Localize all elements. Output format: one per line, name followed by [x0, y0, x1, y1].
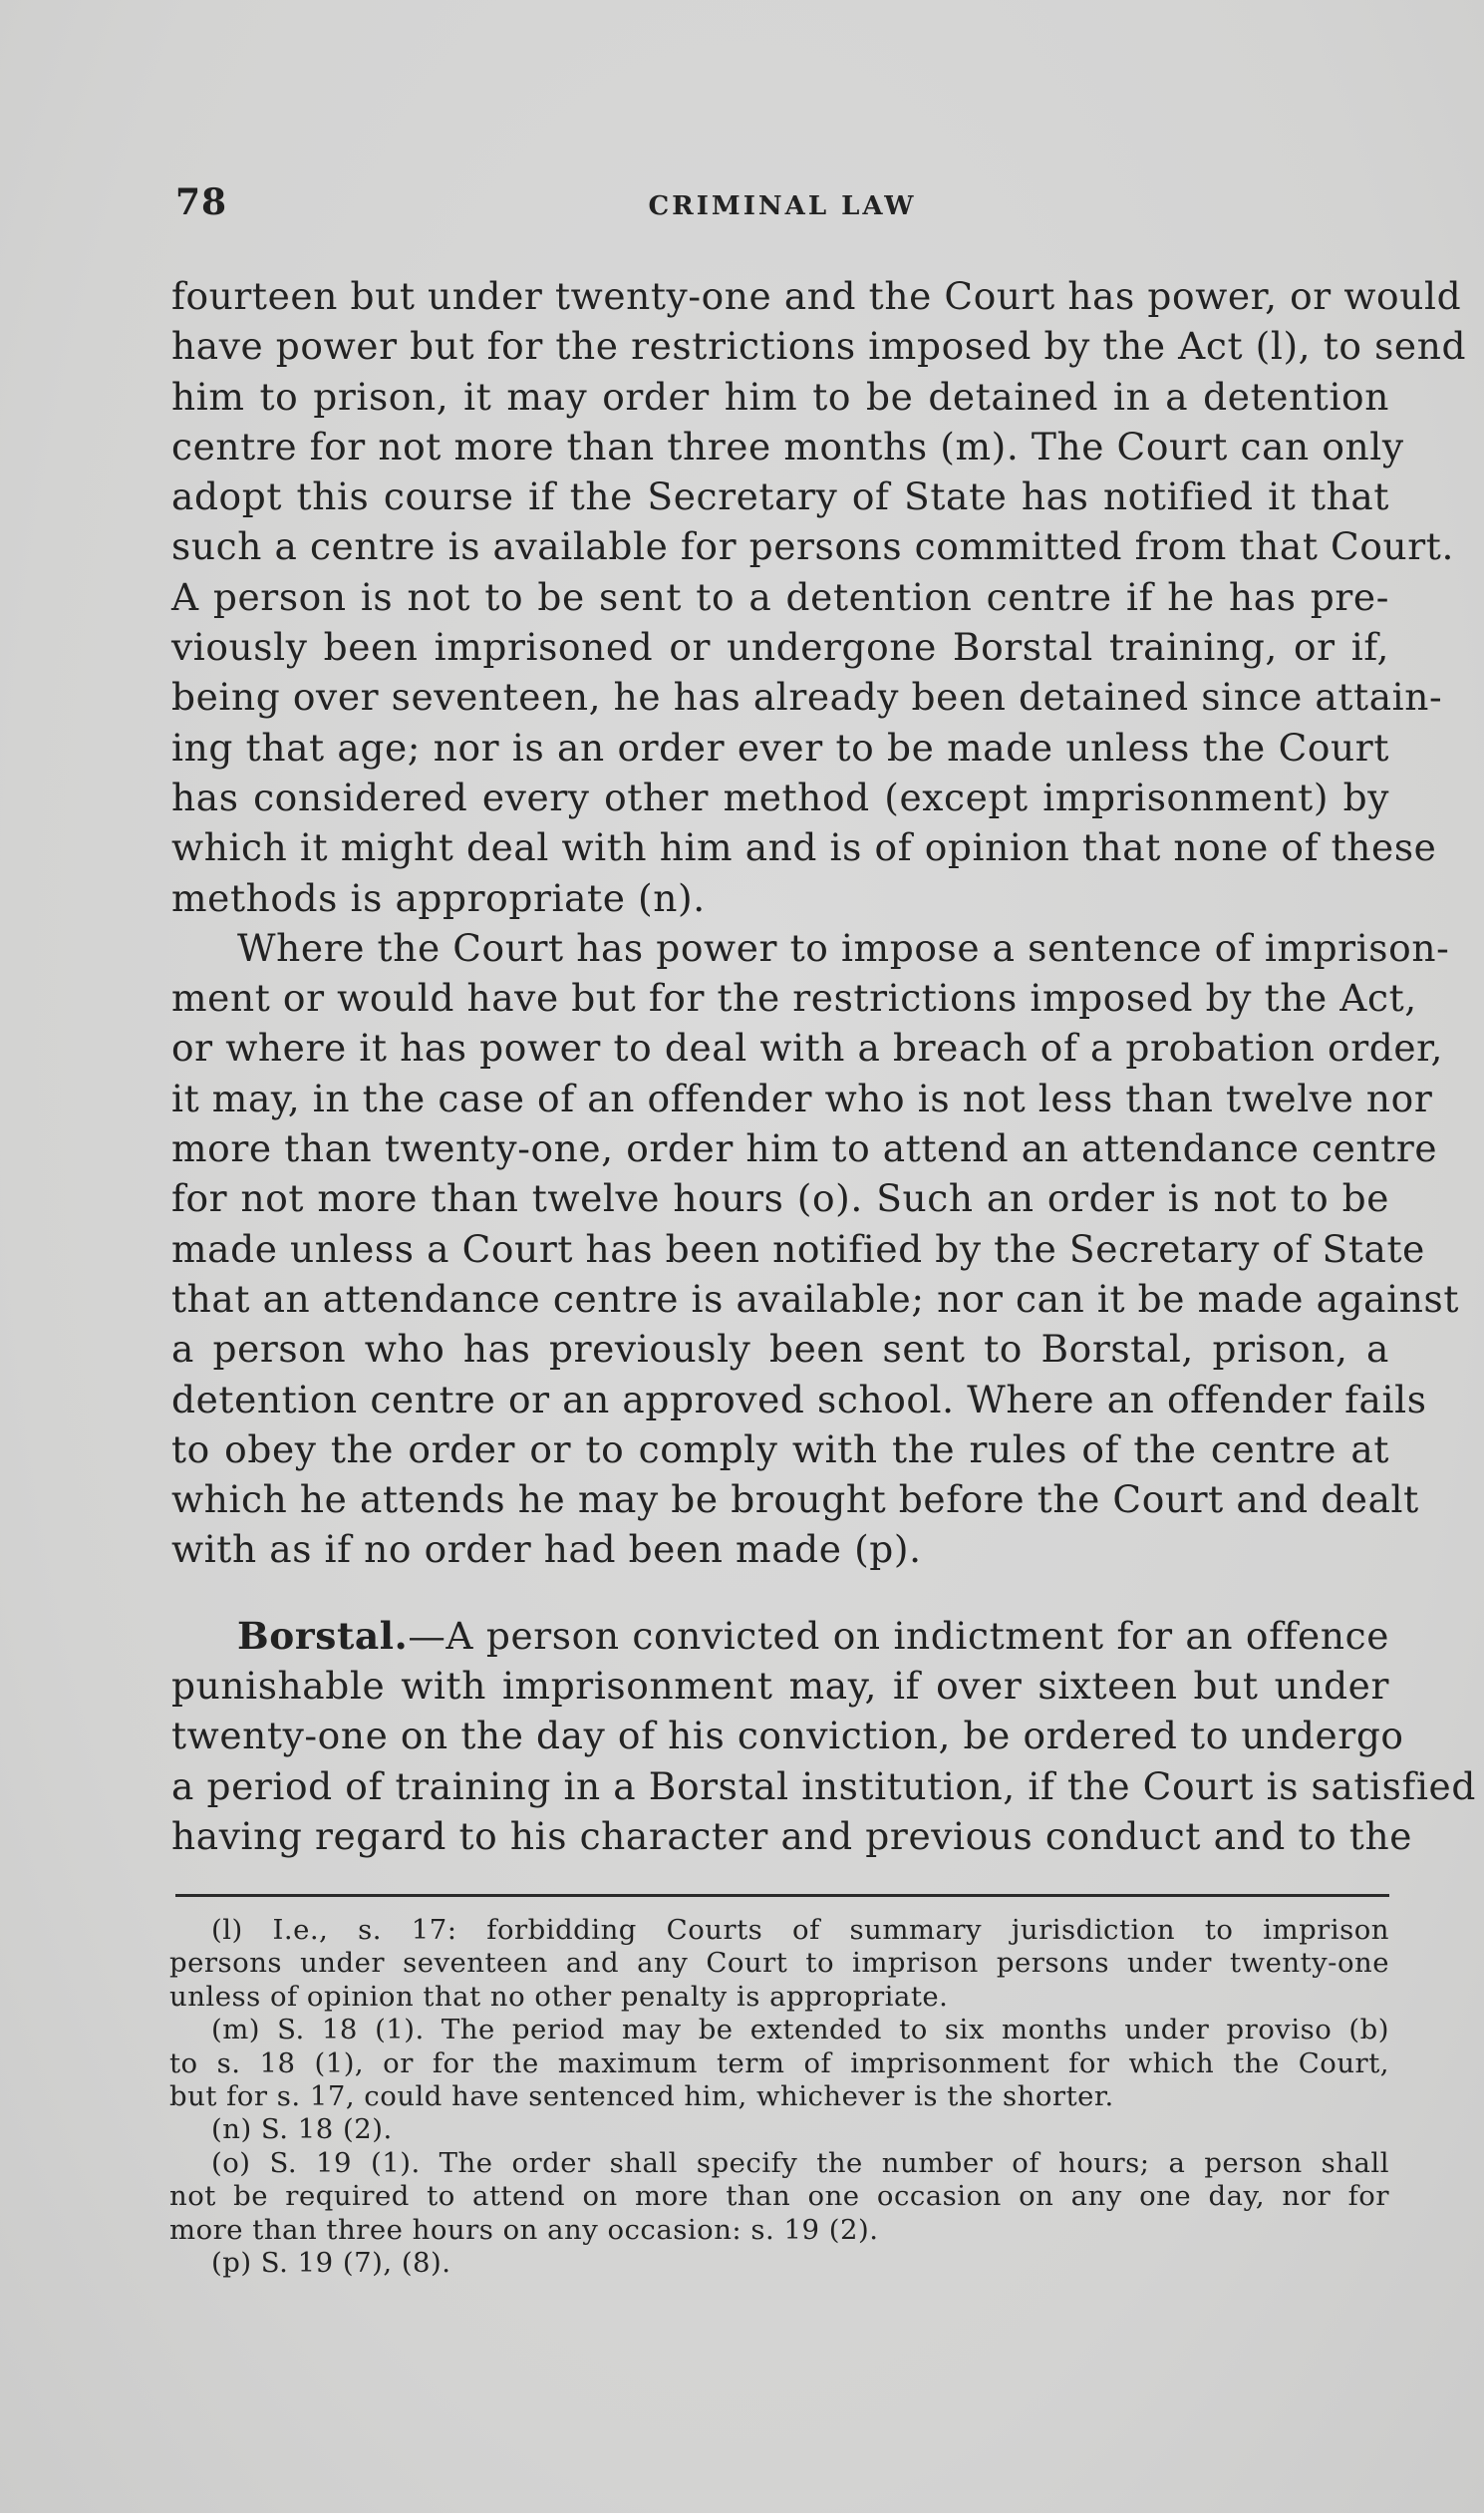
text-line: that an attendance centre is available; … [171, 1274, 1389, 1324]
text-line: to obey the order or to comply with the … [171, 1424, 1389, 1474]
text-line: Where the Court has power to impose a se… [171, 923, 1389, 973]
section-heading-borstal: Borstal. [237, 1614, 408, 1658]
paragraph-attendance-centre: Where the Court has power to impose a se… [171, 923, 1389, 1575]
footnote-line: not be required to attend on more than o… [169, 2180, 1389, 2213]
paragraph-borstal: Borstal.—A person convicted on indictmen… [171, 1611, 1389, 1861]
footnote-divider [175, 1894, 1389, 1897]
text-line: him to prison, it may order him to be de… [171, 372, 1389, 422]
running-head: 78 CRIMINAL LAW [175, 181, 1389, 225]
footnote-l: (l) I.e., s. 17: forbidding Courts of su… [169, 1914, 1389, 2014]
text-line: which it might deal with him and is of o… [171, 822, 1389, 872]
footnote-n: (n) S. 18 (2). [169, 2113, 1389, 2146]
text-line: being over seventeen, he has already bee… [171, 672, 1389, 722]
text-line: methods is appropriate (n). [171, 873, 1389, 923]
footnote-line: persons under seventeen and any Court to… [169, 1947, 1389, 1980]
text-line: for not more than twelve hours (o). Such… [171, 1173, 1389, 1223]
footnote-p: (p) S. 19 (7), (8). [169, 2247, 1389, 2280]
text-line: A person is not to be sent to a detentio… [171, 572, 1389, 622]
running-title: CRIMINAL LAW [175, 191, 1389, 221]
body-text: fourteen but under twenty-one and the Co… [171, 271, 1389, 1861]
text-run: —A person convicted on indictment for an… [408, 1614, 1389, 1658]
footnote-m: (m) S. 18 (1). The period may be extende… [169, 2014, 1389, 2113]
text-line: have power but for the restrictions impo… [171, 321, 1389, 371]
text-line: adopt this course if the Secretary of St… [171, 471, 1389, 521]
text-line: ing that age; nor is an order ever to be… [171, 723, 1389, 773]
text-line: it may, in the case of an offender who i… [171, 1074, 1389, 1123]
text-line: Borstal.—A person convicted on indictmen… [171, 1611, 1389, 1661]
text-line: with as if no order had been made (p). [171, 1524, 1389, 1574]
text-line: punishable with imprisonment may, if ove… [171, 1661, 1389, 1711]
text-line: which he attends he may be brought befor… [171, 1474, 1389, 1524]
book-page: 78 CRIMINAL LAW fourteen but under twent… [0, 0, 1484, 2513]
footnote-line: (p) S. 19 (7), (8). [169, 2247, 1389, 2280]
footnote-line: (n) S. 18 (2). [169, 2113, 1389, 2146]
paragraph-detention-centre: fourteen but under twenty-one and the Co… [171, 271, 1389, 923]
text-line: more than twenty-one, order him to atten… [171, 1123, 1389, 1173]
text-line: twenty-one on the day of his conviction,… [171, 1711, 1389, 1760]
text-line: such a centre is available for persons c… [171, 521, 1389, 571]
text-line: having regard to his character and previ… [171, 1811, 1389, 1861]
footnote-line: more than three hours on any occasion: s… [169, 2214, 1389, 2247]
text-line: viously been imprisoned or undergone Bor… [171, 622, 1389, 672]
text-line: centre for not more than three months (m… [171, 422, 1389, 471]
text-line: detention centre or an approved school. … [171, 1375, 1389, 1424]
footnote-line: but for s. 17, could have sentenced him,… [169, 2080, 1389, 2113]
text-line: made unless a Court has been notified by… [171, 1224, 1389, 1274]
footnote-line: (o) S. 19 (1). The order shall specify t… [169, 2147, 1389, 2180]
footnote-line: (m) S. 18 (1). The period may be extende… [169, 2014, 1389, 2046]
footnote-line: unless of opinion that no other penalty … [169, 1981, 1389, 2014]
text-line: a person who has previously been sent to… [171, 1324, 1389, 1374]
section-gap [171, 1575, 1389, 1611]
text-line: fourteen but under twenty-one and the Co… [171, 271, 1389, 321]
footnotes: (l) I.e., s. 17: forbidding Courts of su… [169, 1914, 1389, 2280]
footnote-line: to s. 18 (1), or for the maximum term of… [169, 2047, 1389, 2080]
text-line: has considered every other method (excep… [171, 773, 1389, 822]
footnote-line: (l) I.e., s. 17: forbidding Courts of su… [169, 1914, 1389, 1947]
text-line: a period of training in a Borstal instit… [171, 1761, 1389, 1811]
text-line: or where it has power to deal with a bre… [171, 1023, 1389, 1073]
text-line: ment or would have but for the restricti… [171, 973, 1389, 1023]
footnote-o: (o) S. 19 (1). The order shall specify t… [169, 2147, 1389, 2247]
